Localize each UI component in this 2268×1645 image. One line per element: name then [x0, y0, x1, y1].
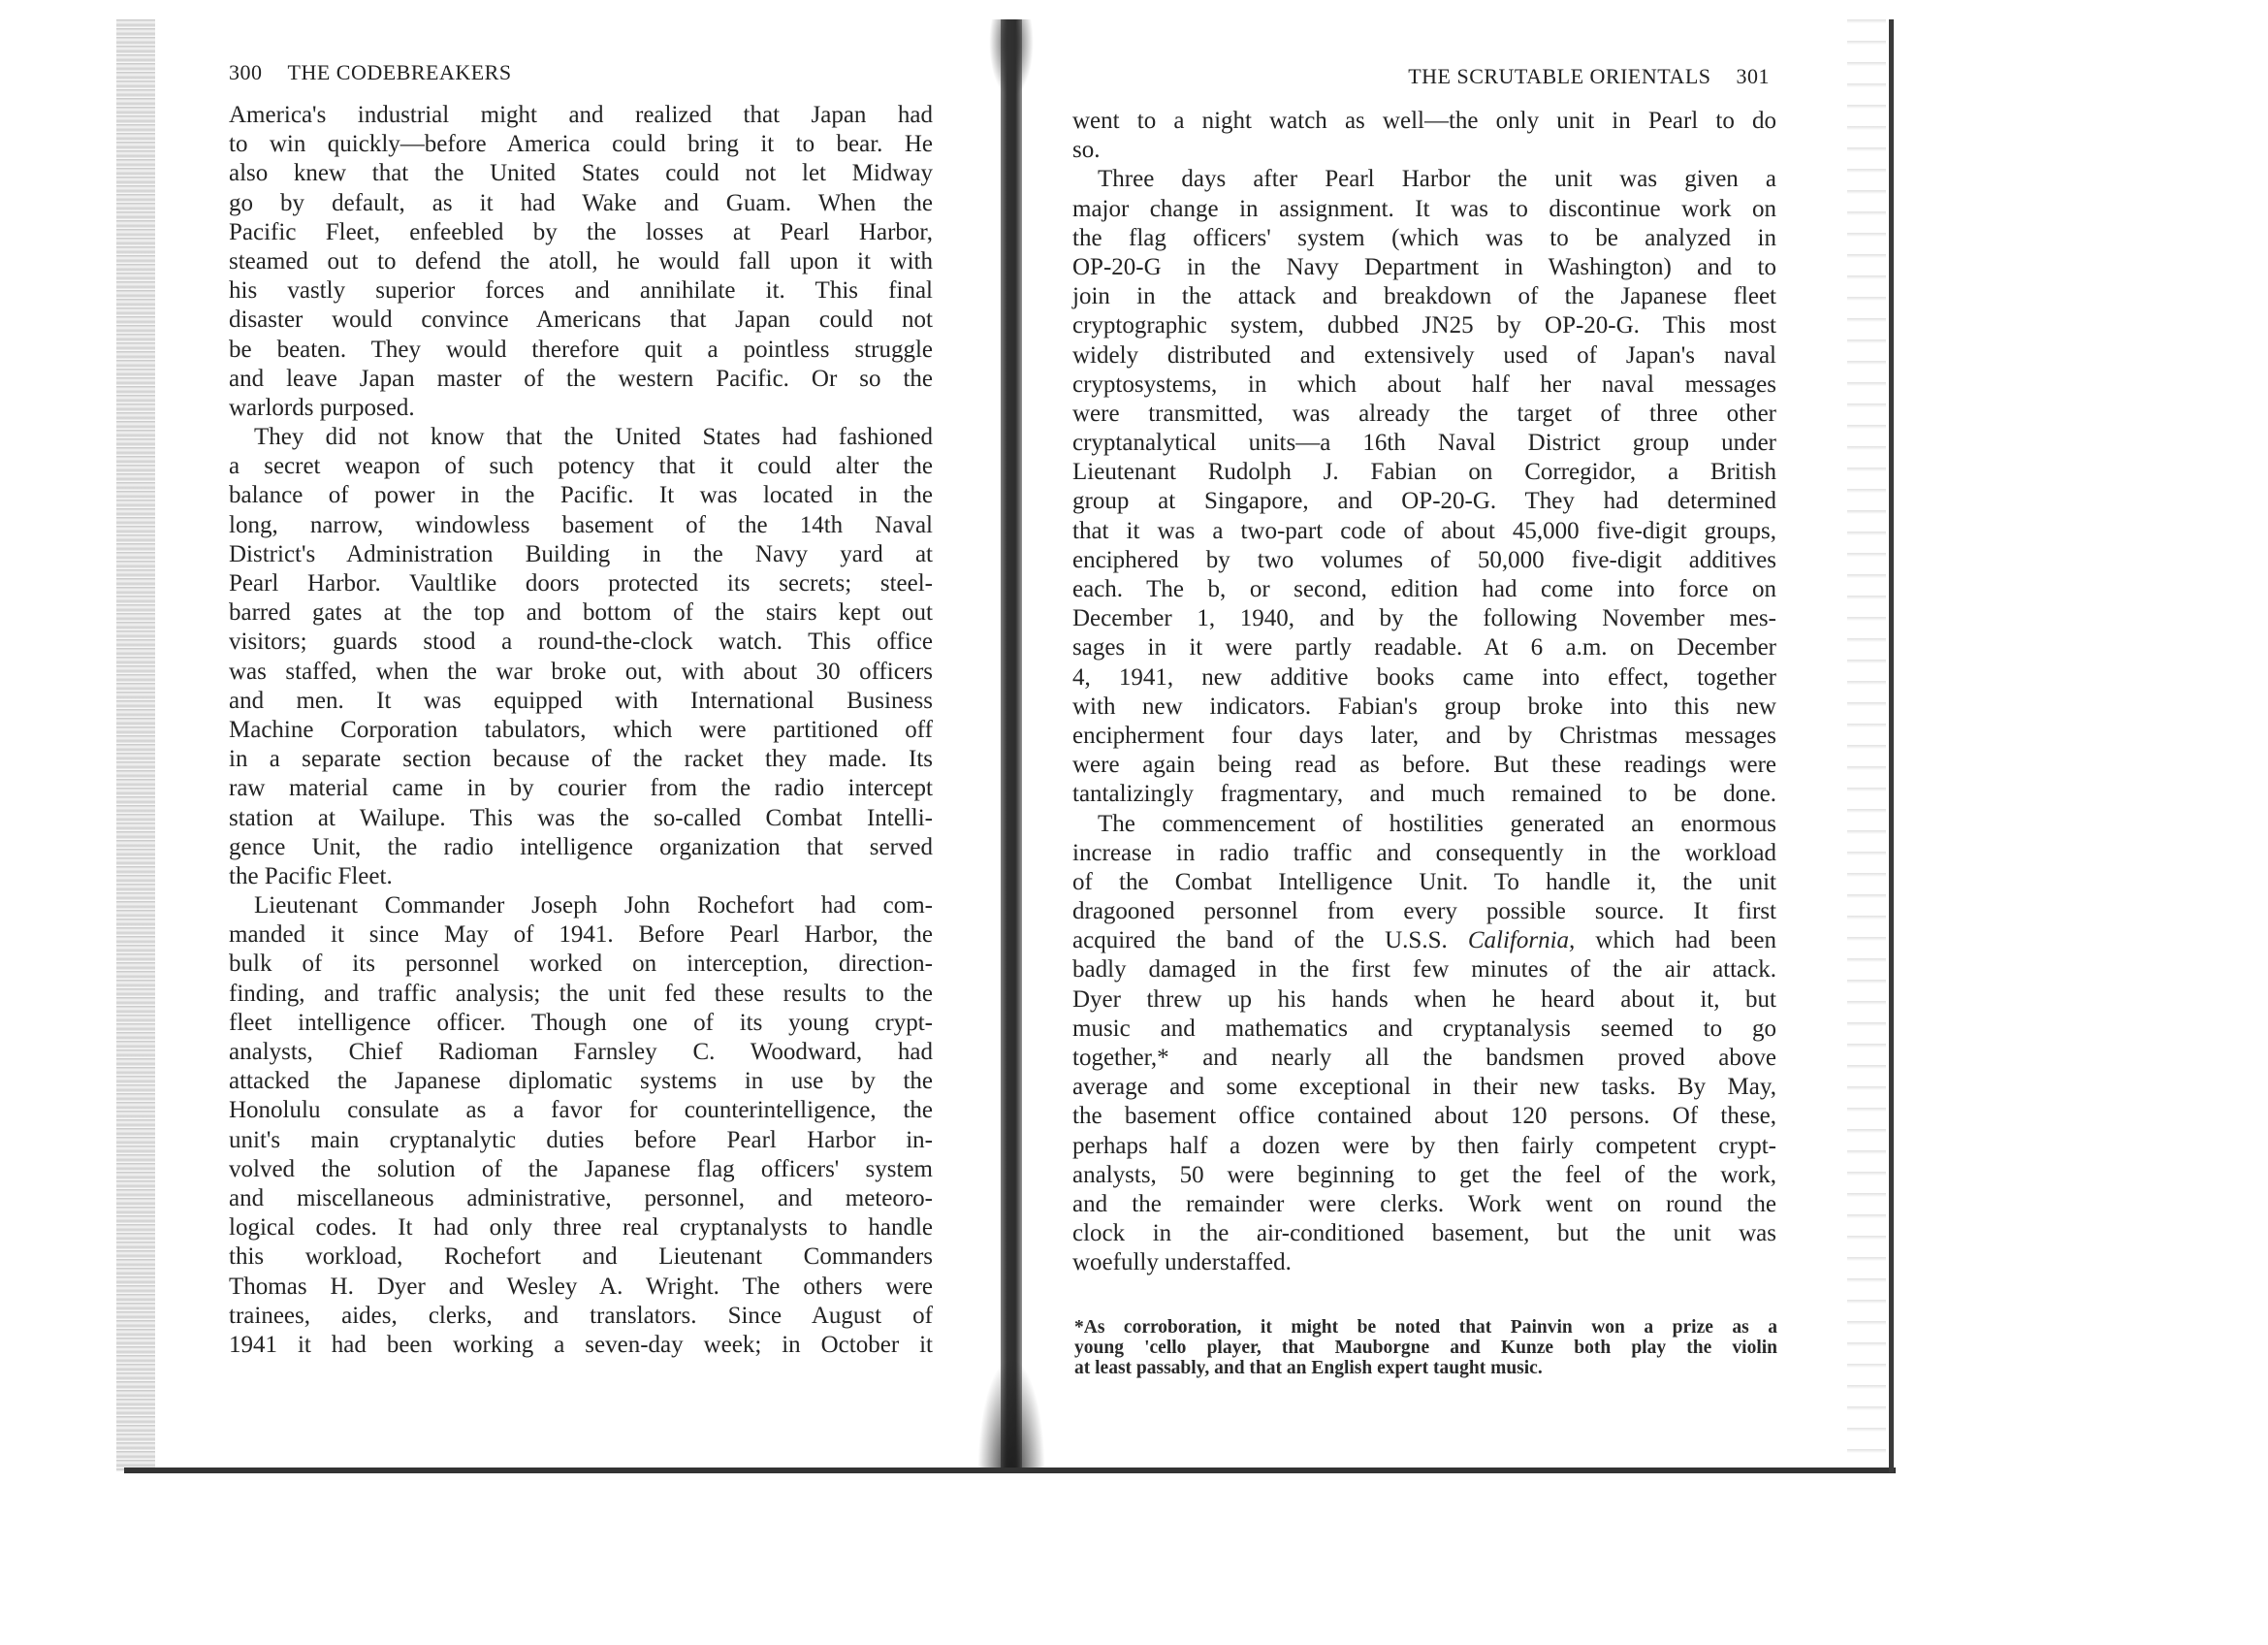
- text-line: that it was a two-part code of about 45,…: [1072, 517, 1776, 546]
- text-line: increase in radio traffic and consequent…: [1072, 839, 1776, 868]
- book-scan: 300THE CODEBREAKERS America's industrial…: [0, 0, 2268, 1645]
- text-fragment: which had been: [1575, 927, 1776, 953]
- text-line: visitors; guards stood a round-the-clock…: [229, 628, 933, 657]
- text-line: and miscellaneous administrative, person…: [229, 1184, 933, 1213]
- text-line: OP-20-G in the Navy Department in Washin…: [1072, 253, 1776, 282]
- text-line: was staffed, when the war broke out, wit…: [229, 658, 933, 687]
- text-line: trainees, aides, clerks, and translators…: [229, 1302, 933, 1331]
- text-line: balance of power in the Pacific. It was …: [229, 481, 933, 510]
- text-line: analysts, 50 were beginning to get the f…: [1072, 1161, 1776, 1190]
- text-line: his vastly superior forces and annihilat…: [229, 276, 933, 306]
- text-line: manded it since May of 1941. Before Pear…: [229, 920, 933, 950]
- text-line: long, narrow, windowless basement of the…: [229, 511, 933, 540]
- text-line: sages in it were partly readable. At 6 a…: [1072, 633, 1776, 662]
- text-line: also knew that the United States could n…: [229, 159, 933, 188]
- left-page-body: America's industrial might and realized …: [229, 101, 933, 1360]
- text-line: station at Wailupe. This was the so-call…: [229, 804, 933, 833]
- text-line: Lieutenant Rudolph J. Fabian on Corregid…: [1072, 458, 1776, 487]
- text-line: They did not know that the United States…: [229, 423, 933, 452]
- text-line: Honolulu consulate as a favor for counte…: [229, 1096, 933, 1125]
- text-line: barred gates at the top and bottom of th…: [229, 598, 933, 628]
- text-line: bulk of its personnel worked on intercep…: [229, 950, 933, 979]
- text-line: group at Singapore, and OP-20-G. They ha…: [1072, 487, 1776, 516]
- text-line: major change in assignment. It was to di…: [1072, 195, 1776, 224]
- text-line: cryptanalytical units—a 16th Naval Distr…: [1072, 429, 1776, 458]
- text-line: clock in the air-conditioned basement, b…: [1072, 1219, 1776, 1248]
- left-page-number: 300: [229, 60, 263, 84]
- right-page-edge-speckle: [1847, 19, 1886, 1471]
- text-line: logical codes. It had only three real cr…: [229, 1213, 933, 1242]
- text-line: Thomas H. Dyer and Wesley A. Wright. The…: [229, 1273, 933, 1302]
- text-line: dragooned personnel from every possible …: [1072, 897, 1776, 926]
- text-line: December 1, 1940, and by the following N…: [1072, 604, 1776, 633]
- text-line: were again being read as before. But the…: [1072, 751, 1776, 780]
- text-line: District's Administration Building in th…: [229, 540, 933, 569]
- footnote: *As corroboration, it might be noted tha…: [1074, 1317, 1777, 1378]
- text-line: go by default, as it had Wake and Guam. …: [229, 189, 933, 218]
- right-page-header: THE SCRUTABLE ORIENTALS301: [1338, 64, 1770, 89]
- text-line: cryptosystems, in which about half her n…: [1072, 371, 1776, 400]
- footnote-line: at least passably, and that an English e…: [1074, 1358, 1777, 1378]
- gutter-shadow-bottom: [977, 1358, 1045, 1472]
- text-line: perhaps half a dozen were by then fairly…: [1072, 1132, 1776, 1161]
- text-line: Dyer threw up his hands when he heard ab…: [1072, 985, 1776, 1015]
- text-line: 4, 1941, new additive books came into ef…: [1072, 663, 1776, 693]
- right-running-head: THE SCRUTABLE ORIENTALS: [1408, 64, 1710, 88]
- text-line: Pearl Harbor. Vaultlike doors protected …: [229, 569, 933, 598]
- text-line: and the remainder were clerks. Work went…: [1072, 1190, 1776, 1219]
- text-line: fleet intelligence officer. Though one o…: [229, 1009, 933, 1038]
- text-line: average and some exceptional in their ne…: [1072, 1073, 1776, 1102]
- text-line: of the Combat Intelligence Unit. To hand…: [1072, 868, 1776, 897]
- left-running-head: THE CODEBREAKERS: [288, 60, 512, 84]
- text-line: encipherment four days later, and by Chr…: [1072, 722, 1776, 751]
- text-line: the flag officers' system (which was to …: [1072, 224, 1776, 253]
- text-line: finding, and traffic analysis; the unit …: [229, 980, 933, 1009]
- text-line: the Pacific Fleet.: [229, 862, 933, 891]
- text-line: warlords purposed.: [229, 394, 933, 423]
- text-line: woefully understaffed.: [1072, 1248, 1776, 1277]
- text-line: Three days after Pearl Harbor the unit w…: [1072, 165, 1776, 194]
- text-line: steamed out to defend the atoll, he woul…: [229, 247, 933, 276]
- text-fragment: acquired the band of the U.S.S.: [1072, 927, 1468, 953]
- text-line: volved the solution of the Japanese flag…: [229, 1155, 933, 1184]
- text-line: each. The b, or second, edition had come…: [1072, 575, 1776, 604]
- text-line: a secret weapon of such potency that it …: [229, 452, 933, 481]
- text-line: the basement office contained about 120 …: [1072, 1102, 1776, 1131]
- text-line: gence Unit, the radio intelligence organ…: [229, 833, 933, 862]
- text-line: attacked the Japanese diplomatic systems…: [229, 1067, 933, 1096]
- text-line: unit's main cryptanalytic duties before …: [229, 1126, 933, 1155]
- text-line: went to a night watch as well—the only u…: [1072, 107, 1776, 136]
- right-page-number: 301: [1737, 64, 1771, 88]
- footnote-line: *As corroboration, it might be noted tha…: [1074, 1317, 1777, 1338]
- text-line: cryptographic system, dubbed JN25 by OP-…: [1072, 311, 1776, 340]
- text-line: analysts, Chief Radioman Farnsley C. Woo…: [229, 1038, 933, 1067]
- text-line: this workload, Rochefort and Lieutenant …: [229, 1242, 933, 1272]
- text-line: badly damaged in the first few minutes o…: [1072, 955, 1776, 984]
- right-page-edge: [1889, 19, 1894, 1472]
- text-line: America's industrial might and realized …: [229, 101, 933, 130]
- text-line: join in the attack and breakdown of the …: [1072, 282, 1776, 311]
- text-line: so.: [1072, 136, 1776, 165]
- text-line: and men. It was equipped with Internatio…: [229, 687, 933, 716]
- bottom-page-edge: [124, 1468, 1896, 1473]
- text-line: music and mathematics and cryptanalysis …: [1072, 1015, 1776, 1044]
- text-line: be beaten. They would therefore quit a p…: [229, 336, 933, 365]
- ship-name-italic: California,: [1468, 927, 1575, 953]
- text-line: Lieutenant Commander Joseph John Rochefo…: [229, 891, 933, 920]
- book-gutter: [1001, 19, 1022, 1471]
- text-line: in a separate section because of the rac…: [229, 745, 933, 774]
- text-line: disaster would convince Americans that J…: [229, 306, 933, 335]
- left-page-edge-shadow: [116, 19, 155, 1471]
- text-line: to win quickly—before America could brin…: [229, 130, 933, 159]
- text-line: widely distributed and extensively used …: [1072, 341, 1776, 371]
- text-line: raw material came in by courier from the…: [229, 774, 933, 803]
- text-line: Machine Corporation tabulators, which we…: [229, 716, 933, 745]
- text-line-california: acquired the band of the U.S.S. Californ…: [1072, 926, 1776, 955]
- text-line: together,* and nearly all the bandsmen p…: [1072, 1044, 1776, 1073]
- text-line: were transmitted, was already the target…: [1072, 400, 1776, 429]
- text-line: The commencement of hostilities generate…: [1072, 810, 1776, 839]
- text-line: Pacific Fleet, enfeebled by the losses a…: [229, 218, 933, 247]
- text-line: enciphered by two volumes of 50,000 five…: [1072, 546, 1776, 575]
- text-line: with new indicators. Fabian's group brok…: [1072, 693, 1776, 722]
- text-line: tantalizingly fragmentary, and much rema…: [1072, 780, 1776, 809]
- footnote-line: young 'cello player, that Mauborgne and …: [1074, 1338, 1777, 1358]
- text-line: 1941 it had been working a seven-day wee…: [229, 1331, 933, 1360]
- text-line: and leave Japan master of the western Pa…: [229, 365, 933, 394]
- right-page-body: went to a night watch as well—the only u…: [1072, 107, 1776, 1278]
- left-page-header: 300THE CODEBREAKERS: [229, 60, 512, 85]
